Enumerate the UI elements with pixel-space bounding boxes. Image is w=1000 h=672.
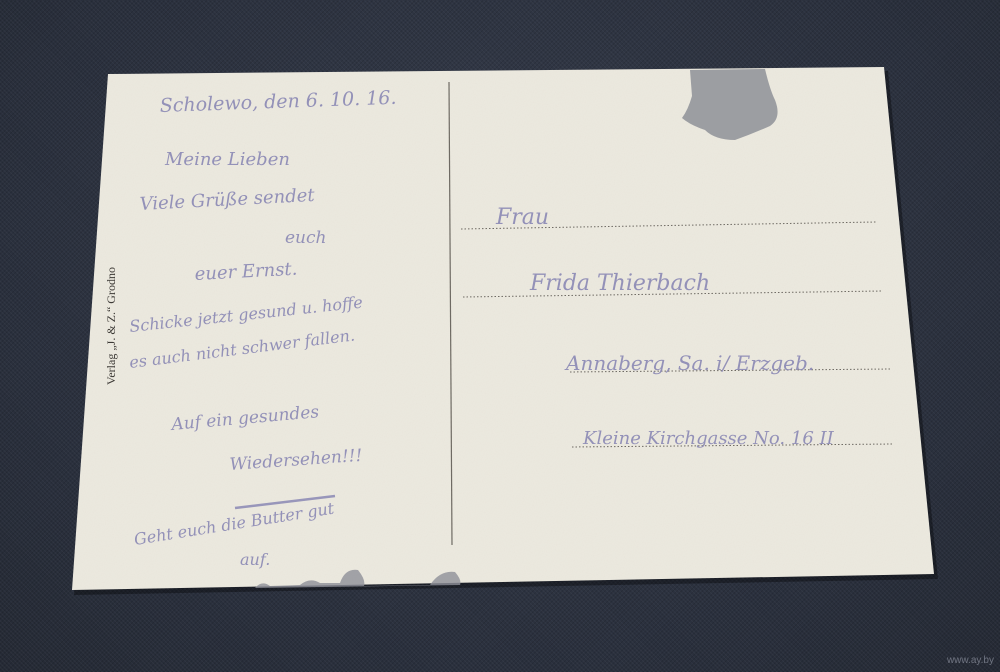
watermark: www.ay.by bbox=[947, 655, 994, 666]
message-line: euch bbox=[285, 228, 326, 248]
address-salutation: Frau bbox=[495, 205, 549, 230]
publisher-imprint: Verlag „J. & Z.“ Grodno bbox=[104, 267, 118, 385]
message-line: auf. bbox=[240, 550, 270, 569]
address-street: Kleine Kirchgasse No. 16 II bbox=[582, 428, 835, 449]
message-line: Meine Lieben bbox=[164, 149, 290, 170]
address-city: Annaberg, Sa. i/ Erzgeb. bbox=[564, 351, 814, 375]
address-name: Frida Thierbach bbox=[529, 271, 710, 296]
postcard-scene: Verlag „J. & Z.“ Grodno Scholewo, den 6.… bbox=[0, 0, 1000, 672]
